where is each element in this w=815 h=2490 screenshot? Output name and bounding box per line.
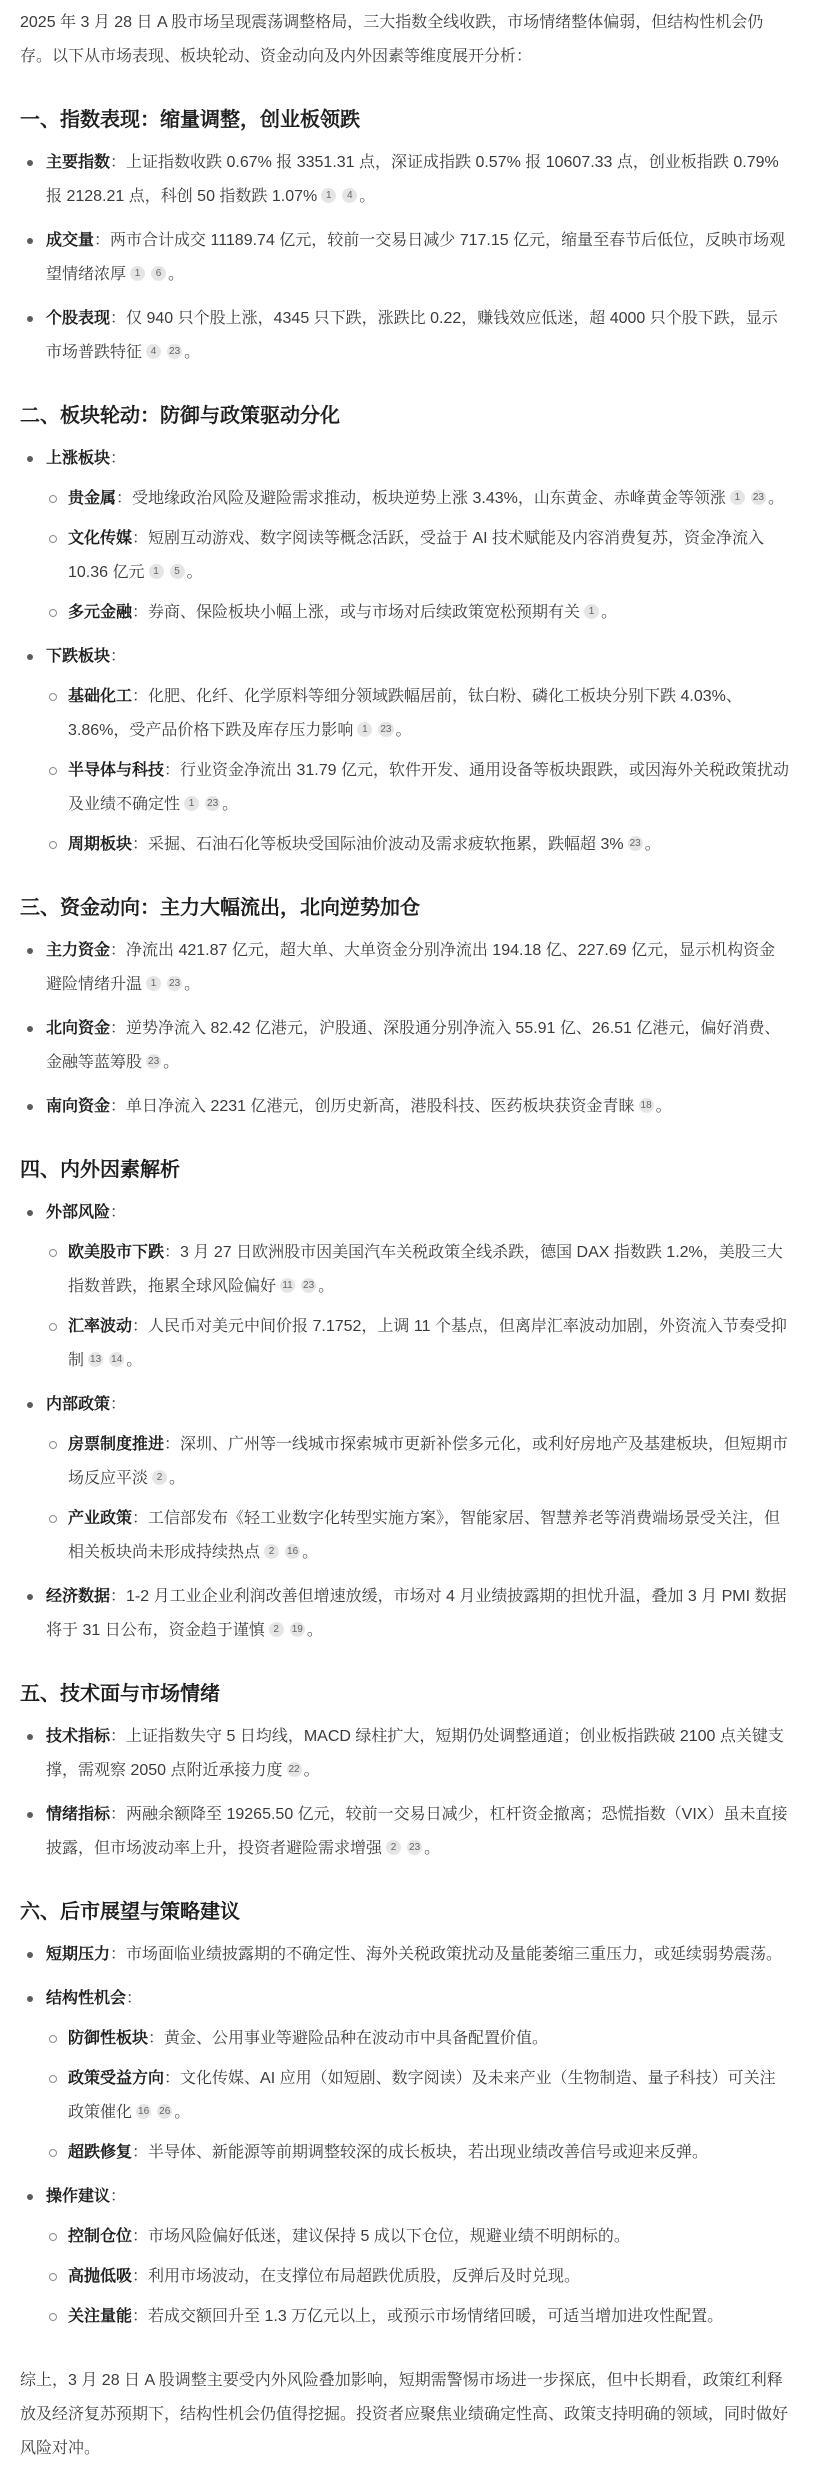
item-colon: ： [110, 1806, 126, 1823]
item-period: 。 [307, 1622, 323, 1639]
item-text: 若成交额回升至 1.3 万亿元以上，或预示市场情绪回暖，可适当增加进攻性配置。 [148, 2308, 723, 2325]
sub-bullet-item: 半导体与科技：行业资金净流出 31.79 亿元，软件开发、通用设备等板块跟跌，或… [46, 754, 791, 822]
sub-bullet-list: 防御性板块：黄金、公用事业等避险品种在波动市中具备配置价值。政策受益方向：文化传… [46, 2022, 791, 2170]
citation-badge[interactable]: 5 [170, 564, 185, 579]
item-colon: ： [132, 2268, 148, 2285]
item-label: 操作建议 [46, 2188, 110, 2205]
item-label: 政策受益方向 [68, 2070, 164, 2087]
item-colon: ： [110, 1204, 126, 1221]
citation-badge[interactable]: 23 [167, 976, 182, 991]
bullet-item: 外部风险：欧美股市下跌：3 月 27 日欧洲股市因美国汽车关税政策全线杀跌，德国… [20, 1196, 791, 1378]
item-text: 上证指数失守 5 日均线，MACD 绿柱扩大，短期仍处调整通道；创业板指跌破 2… [46, 1728, 784, 1779]
citation-badge[interactable]: 1 [130, 266, 145, 281]
item-colon: ： [94, 232, 110, 249]
item-text: 利用市场波动，在支撑位布局超跌优质股，反弹后及时兑现。 [148, 2268, 580, 2285]
citation-badge[interactable]: 1 [146, 976, 161, 991]
sub-bullet-item: 防御性板块：黄金、公用事业等避险品种在波动市中具备配置价值。 [46, 2022, 791, 2056]
item-text: 上证指数收跌 0.67% 报 3351.31 点，深证成指跌 0.57% 报 1… [46, 154, 779, 205]
item-colon: ： [132, 2228, 148, 2245]
section-heading: 六、后市展望与策略建议 [20, 1898, 791, 1926]
item-colon: ： [110, 1020, 126, 1037]
item-colon: ： [164, 1244, 180, 1261]
item-colon: ： [132, 836, 148, 853]
sub-bullet-list: 基础化工：化肥、化纤、化学原料等细分领域跌幅居前，钛白粉、磷化工板块分别下跌 4… [46, 680, 791, 862]
bullet-item: 下跌板块：基础化工：化肥、化纤、化学原料等细分领域跌幅居前，钛白粉、磷化工板块分… [20, 640, 791, 862]
citation-badge[interactable]: 1 [584, 604, 599, 619]
item-label: 结构性机会 [46, 1990, 126, 2007]
item-colon: ： [164, 2070, 180, 2087]
item-period: 。 [656, 1098, 672, 1115]
item-label: 下跌板块 [46, 648, 110, 665]
item-colon: ： [110, 1728, 126, 1745]
citation-badge[interactable]: 1 [357, 722, 372, 737]
sub-bullet-item: 关注量能：若成交额回升至 1.3 万亿元以上，或预示市场情绪回暖，可适当增加进攻… [46, 2300, 791, 2334]
citation-badge[interactable]: 23 [628, 836, 643, 851]
item-label: 内部政策 [46, 1396, 110, 1413]
citation-badge[interactable]: 6 [151, 266, 166, 281]
market-analysis-document: 2025 年 3 月 28 日 A 股市场呈现震荡调整格局，三大指数全线收跌，市… [0, 0, 815, 2490]
item-period: 。 [187, 564, 203, 581]
sub-bullet-list: 房票制度推进：深圳、广州等一线城市探索城市更新补偿多元化，或利好房地产及基建板块… [46, 1428, 791, 1570]
citation-badge[interactable]: 23 [146, 1054, 161, 1069]
sub-bullet-item: 文化传媒：短剧互动游戏、数字阅读等概念活跃，受益于 AI 技术赋能及内容消费复苏… [46, 522, 791, 590]
citation-badge[interactable]: 1 [321, 188, 336, 203]
item-colon: ： [110, 310, 126, 327]
item-colon: ： [110, 942, 126, 959]
item-text: 券商、保险板块小幅上涨，或与市场对后续政策宽松预期有关 [148, 604, 580, 621]
item-label: 情绪指标 [46, 1806, 110, 1823]
bullet-item: 结构性机会：防御性板块：黄金、公用事业等避险品种在波动市中具备配置价值。政策受益… [20, 1982, 791, 2170]
item-colon: ： [110, 1588, 126, 1605]
citation-badge[interactable]: 22 [287, 1762, 302, 1777]
citation-badge[interactable]: 2 [264, 1544, 279, 1559]
section-heading: 五、技术面与市场情绪 [20, 1680, 791, 1708]
bullet-item: 短期压力：市场面临业绩披露期的不确定性、海外关税政策扰动及量能萎缩三重压力，或延… [20, 1938, 791, 1972]
item-period: 。 [359, 188, 375, 205]
citation-badge[interactable]: 4 [342, 188, 357, 203]
citation-badge[interactable]: 16 [285, 1544, 300, 1559]
bullet-list: 主力资金：净流出 421.87 亿元，超大单、大单资金分别净流出 194.18 … [20, 934, 791, 1124]
bullet-item: 技术指标：上证指数失守 5 日均线，MACD 绿柱扩大，短期仍处调整通道；创业板… [20, 1720, 791, 1788]
item-colon: ： [132, 2308, 148, 2325]
item-period: 。 [304, 1762, 320, 1779]
sub-bullet-list: 欧美股市下跌：3 月 27 日欧洲股市因美国汽车关税政策全线杀跌，德国 DAX … [46, 1236, 791, 1378]
bullet-item: 上涨板块：贵金属：受地缘政治风险及避险需求推动，板块逆势上涨 3.43%，山东黄… [20, 442, 791, 630]
item-text: 人民币对美元中间价报 7.1752，上调 11 个基点，但离岸汇率波动加剧，外资… [68, 1318, 787, 1369]
item-label: 短期压力 [46, 1946, 110, 1963]
item-colon: ： [126, 1990, 142, 2007]
item-colon: ： [148, 2030, 164, 2047]
bullet-list: 技术指标：上证指数失守 5 日均线，MACD 绿柱扩大，短期仍处调整通道；创业板… [20, 1720, 791, 1866]
bullet-item: 主要指数：上证指数收跌 0.67% 报 3351.31 点，深证成指跌 0.57… [20, 146, 791, 214]
sub-bullet-item: 房票制度推进：深圳、广州等一线城市探索城市更新补偿多元化，或利好房地产及基建板块… [46, 1428, 791, 1496]
citation-badge[interactable]: 1 [149, 564, 164, 579]
bullet-item: 情绪指标：两融余额降至 19265.50 亿元，较前一交易日减少，杠杆资金撤离；… [20, 1798, 791, 1866]
citation-badge[interactable]: 14 [109, 1352, 124, 1367]
item-period: 。 [168, 266, 184, 283]
item-colon: ： [132, 2144, 148, 2161]
item-colon: ： [110, 1396, 126, 1413]
bullet-item: 南向资金：单日净流入 2231 亿港元，创历史新高，港股科技、医药板块获资金青睐… [20, 1090, 791, 1124]
item-period: 。 [174, 2104, 190, 2121]
item-label: 汇率波动 [68, 1318, 132, 1335]
item-colon: ： [110, 450, 126, 467]
sub-bullet-item: 基础化工：化肥、化纤、化学原料等细分领域跌幅居前，钛白粉、磷化工板块分别下跌 4… [46, 680, 791, 748]
item-period: 。 [184, 344, 200, 361]
sub-bullet-item: 超跌修复：半导体、新能源等前期调整较深的成长板块，若出现业绩改善信号或迎来反弹。 [46, 2136, 791, 2170]
item-label: 房票制度推进 [68, 1436, 164, 1453]
citation-badge[interactable]: 13 [88, 1352, 103, 1367]
item-colon: ： [110, 2188, 126, 2205]
citation-badge[interactable]: 23 [167, 344, 182, 359]
item-label: 周期板块 [68, 836, 132, 853]
sub-bullet-item: 高抛低吸：利用市场波动，在支撑位布局超跌优质股，反弹后及时兑现。 [46, 2260, 791, 2294]
item-label: 个股表现 [46, 310, 110, 327]
item-colon: ： [132, 688, 148, 705]
section-heading: 二、板块轮动：防御与政策驱动分化 [20, 402, 791, 430]
item-period: 。 [169, 1470, 185, 1487]
item-colon: ： [132, 604, 148, 621]
item-colon: ： [132, 530, 148, 547]
item-text: 工信部发布《轻工业数字化转型实施方案》，智能家居、智慧养老等消费端场景受关注，但… [68, 1510, 780, 1561]
item-period: 。 [184, 976, 200, 993]
citation-badge[interactable]: 23 [378, 722, 393, 737]
item-colon: ： [110, 154, 126, 171]
sub-bullet-list: 控制仓位：市场风险偏好低迷，建议保持 5 成以下仓位，规避业绩不明朗标的。高抛低… [46, 2220, 791, 2334]
bullet-list: 短期压力：市场面临业绩披露期的不确定性、海外关税政策扰动及量能萎缩三重压力，或延… [20, 1938, 791, 2334]
item-label: 南向资金 [46, 1098, 110, 1115]
item-label: 基础化工 [68, 688, 132, 705]
citation-badge[interactable]: 26 [157, 2104, 172, 2119]
item-label: 超跌修复 [68, 2144, 132, 2161]
sub-bullet-item: 汇率波动：人民币对美元中间价报 7.1752，上调 11 个基点，但离岸汇率波动… [46, 1310, 791, 1378]
item-period: 。 [601, 604, 617, 621]
item-text: 受地缘政治风险及避险需求推动，板块逆势上涨 3.43%，山东黄金、赤峰黄金等领涨 [132, 490, 726, 507]
item-label: 经济数据 [46, 1588, 110, 1605]
intro-paragraph: 2025 年 3 月 28 日 A 股市场呈现震荡调整格局，三大指数全线收跌，市… [20, 6, 791, 74]
citation-badge[interactable]: 1 [184, 796, 199, 811]
bullet-list: 上涨板块：贵金属：受地缘政治风险及避险需求推动，板块逆势上涨 3.43%，山东黄… [20, 442, 791, 862]
citation-badge[interactable]: 18 [639, 1098, 654, 1113]
item-period: 。 [302, 1544, 318, 1561]
sub-bullet-item: 欧美股市下跌：3 月 27 日欧洲股市因美国汽车关税政策全线杀跌，德国 DAX … [46, 1236, 791, 1304]
item-text: 市场风险偏好低迷，建议保持 5 成以下仓位，规避业绩不明朗标的。 [148, 2228, 630, 2245]
item-colon: ： [164, 1436, 180, 1453]
citation-badge[interactable]: 23 [751, 490, 766, 505]
item-text: 采掘、石油石化等板块受国际油价波动及需求疲软拖累，跌幅超 3% [148, 836, 624, 853]
citation-badge[interactable]: 23 [205, 796, 220, 811]
sub-bullet-item: 控制仓位：市场风险偏好低迷，建议保持 5 成以下仓位，规避业绩不明朗标的。 [46, 2220, 791, 2254]
item-label: 产业政策 [68, 1510, 132, 1527]
citation-badge[interactable]: 1 [730, 490, 745, 505]
section-heading: 一、指数表现：缩量调整，创业板领跌 [20, 106, 791, 134]
sub-bullet-item: 多元金融：券商、保险板块小幅上涨，或与市场对后续政策宽松预期有关1。 [46, 596, 791, 630]
item-label: 高抛低吸 [68, 2268, 132, 2285]
item-colon: ： [132, 1318, 148, 1335]
item-text: 半导体、新能源等前期调整较深的成长板块，若出现业绩改善信号或迎来反弹。 [148, 2144, 708, 2161]
citation-badge[interactable]: 2 [152, 1470, 167, 1485]
item-text: 单日净流入 2231 亿港元，创历史新高，港股科技、医药板块获资金青睐 [126, 1098, 635, 1115]
item-label: 外部风险 [46, 1204, 110, 1221]
item-label: 贵金属 [68, 490, 116, 507]
item-period: 。 [396, 722, 412, 739]
item-period: 。 [126, 1352, 142, 1369]
item-period: 。 [163, 1054, 179, 1071]
bullet-item: 内部政策：房票制度推进：深圳、广州等一线城市探索城市更新补偿多元化，或利好房地产… [20, 1388, 791, 1570]
bullet-item: 经济数据：1-2 月工业企业利润改善但增速放缓，市场对 4 月业绩披露期的担忧升… [20, 1580, 791, 1648]
sub-bullet-list: 贵金属：受地缘政治风险及避险需求推动，板块逆势上涨 3.43%，山东黄金、赤峰黄… [46, 482, 791, 630]
item-colon: ： [132, 1510, 148, 1527]
item-period: 。 [424, 1840, 440, 1857]
item-colon: ： [116, 490, 132, 507]
item-label: 关注量能 [68, 2308, 132, 2325]
item-text: 1-2 月工业企业利润改善但增速放缓，市场对 4 月业绩披露期的担忧升温，叠加 … [46, 1588, 787, 1639]
sub-bullet-item: 政策受益方向：文化传媒、AI 应用（如短剧、数字阅读）及未来产业（生物制造、量子… [46, 2062, 791, 2130]
item-label: 主要指数 [46, 154, 110, 171]
item-label: 多元金融 [68, 604, 132, 621]
item-colon: ： [110, 648, 126, 665]
item-label: 北向资金 [46, 1020, 110, 1037]
item-label: 主力资金 [46, 942, 110, 959]
bullet-item: 主力资金：净流出 421.87 亿元，超大单、大单资金分别净流出 194.18 … [20, 934, 791, 1002]
item-text: 黄金、公用事业等避险品种在波动市中具备配置价值。 [164, 2030, 548, 2047]
item-label: 技术指标 [46, 1728, 110, 1745]
citation-badge[interactable]: 23 [407, 1840, 422, 1855]
sub-bullet-item: 周期板块：采掘、石油石化等板块受国际油价波动及需求疲软拖累，跌幅超 3%23。 [46, 828, 791, 862]
section-heading: 四、内外因素解析 [20, 1156, 791, 1184]
item-period: 。 [645, 836, 661, 853]
item-label: 半导体与科技 [68, 762, 164, 779]
citation-badge[interactable]: 23 [301, 1278, 316, 1293]
citation-badge[interactable]: 4 [146, 344, 161, 359]
item-period: 。 [318, 1278, 334, 1295]
item-colon: ： [110, 1946, 126, 1963]
item-label: 成交量 [46, 232, 94, 249]
item-colon: ： [110, 1098, 126, 1115]
sub-bullet-item: 产业政策：工信部发布《轻工业数字化转型实施方案》，智能家居、智慧养老等消费端场景… [46, 1502, 791, 1570]
conclusion-paragraph: 综上，3 月 28 日 A 股调整主要受内外风险叠加影响，短期需警惕市场进一步探… [20, 2364, 791, 2466]
item-label: 上涨板块 [46, 450, 110, 467]
item-period: 。 [222, 796, 238, 813]
sections-container: 一、指数表现：缩量调整，创业板领跌主要指数：上证指数收跌 0.67% 报 335… [20, 106, 791, 2334]
bullet-item: 个股表现：仅 940 只个股上涨，4345 只下跌，涨跌比 0.22，赚钱效应低… [20, 302, 791, 370]
bullet-item: 成交量：两市合计成交 11189.74 亿元，较前一交易日减少 717.15 亿… [20, 224, 791, 292]
bullet-item: 北向资金：逆势净流入 82.42 亿港元，沪股通、深股通分别净流入 55.91 … [20, 1012, 791, 1080]
citation-badge[interactable]: 2 [269, 1622, 284, 1637]
bullet-list: 主要指数：上证指数收跌 0.67% 报 3351.31 点，深证成指跌 0.57… [20, 146, 791, 370]
item-label: 防御性板块 [68, 2030, 148, 2047]
section-heading: 三、资金动向：主力大幅流出，北向逆势加仓 [20, 894, 791, 922]
item-text: 市场面临业绩披露期的不确定性、海外关税政策扰动及量能萎缩三重压力，或延续弱势震荡… [126, 1946, 782, 1963]
citation-badge[interactable]: 16 [136, 2104, 151, 2119]
citation-badge[interactable]: 11 [280, 1278, 295, 1293]
item-period: 。 [768, 490, 784, 507]
bullet-list: 外部风险：欧美股市下跌：3 月 27 日欧洲股市因美国汽车关税政策全线杀跌，德国… [20, 1196, 791, 1648]
item-label: 控制仓位 [68, 2228, 132, 2245]
item-label: 欧美股市下跌 [68, 1244, 164, 1261]
citation-badge[interactable]: 2 [386, 1840, 401, 1855]
item-label: 文化传媒 [68, 530, 132, 547]
sub-bullet-item: 贵金属：受地缘政治风险及避险需求推动，板块逆势上涨 3.43%，山东黄金、赤峰黄… [46, 482, 791, 516]
citation-badge[interactable]: 19 [290, 1622, 305, 1637]
item-colon: ： [164, 762, 180, 779]
bullet-item: 操作建议：控制仓位：市场风险偏好低迷，建议保持 5 成以下仓位，规避业绩不明朗标… [20, 2180, 791, 2334]
